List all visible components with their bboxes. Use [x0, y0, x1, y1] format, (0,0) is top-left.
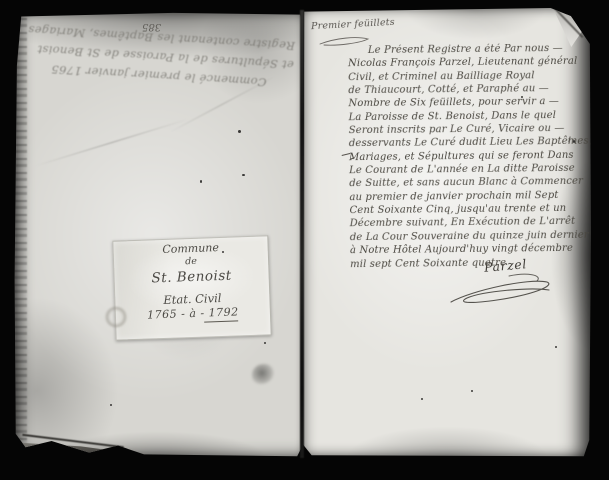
ink-speck	[200, 180, 202, 183]
ink-speck	[471, 390, 473, 392]
folio-note: Premier feüillets	[311, 17, 395, 32]
register-text: Le Présent Registre a été Par nous — Nic…	[348, 42, 574, 271]
label-underline	[204, 320, 238, 322]
ink-speck	[238, 130, 241, 133]
ring-stain	[104, 306, 128, 328]
text-line: Nicolas François Parzel, Lieutenant géné…	[348, 55, 572, 71]
scan-surface: 385 Commencé le premier janvier 1765 et …	[0, 0, 609, 480]
archival-label: Commune de St. Benoist Etat. Civil 1765 …	[112, 235, 271, 340]
text-line: à Notre Hôtel Aujourd'huy vingt décembre	[350, 242, 574, 258]
right-page: Premier feüillets Le Présent Registre a …	[303, 8, 591, 458]
ink-speck	[555, 346, 557, 348]
ink-speck	[110, 404, 112, 406]
label-line: St. Benoist	[114, 266, 268, 287]
ink-speck	[264, 342, 266, 344]
left-page: 385 Commencé le premier janvier 1765 et …	[14, 12, 303, 458]
ink-speck	[573, 140, 575, 143]
ink-blot-stain	[252, 364, 274, 384]
ink-speck	[242, 174, 245, 176]
ink-speck	[421, 398, 423, 400]
ink-speck	[521, 96, 523, 98]
signature-flourish	[447, 272, 555, 308]
ink-speck	[222, 251, 224, 253]
text-line: mil sept Cent Soixante quatre	[350, 255, 574, 271]
rotated-inscription: Commencé le premier janvier 1765 et Sépu…	[25, 20, 296, 93]
paper-crease	[35, 119, 188, 167]
worn-page-edge	[14, 18, 27, 452]
book-gutter	[300, 10, 304, 458]
